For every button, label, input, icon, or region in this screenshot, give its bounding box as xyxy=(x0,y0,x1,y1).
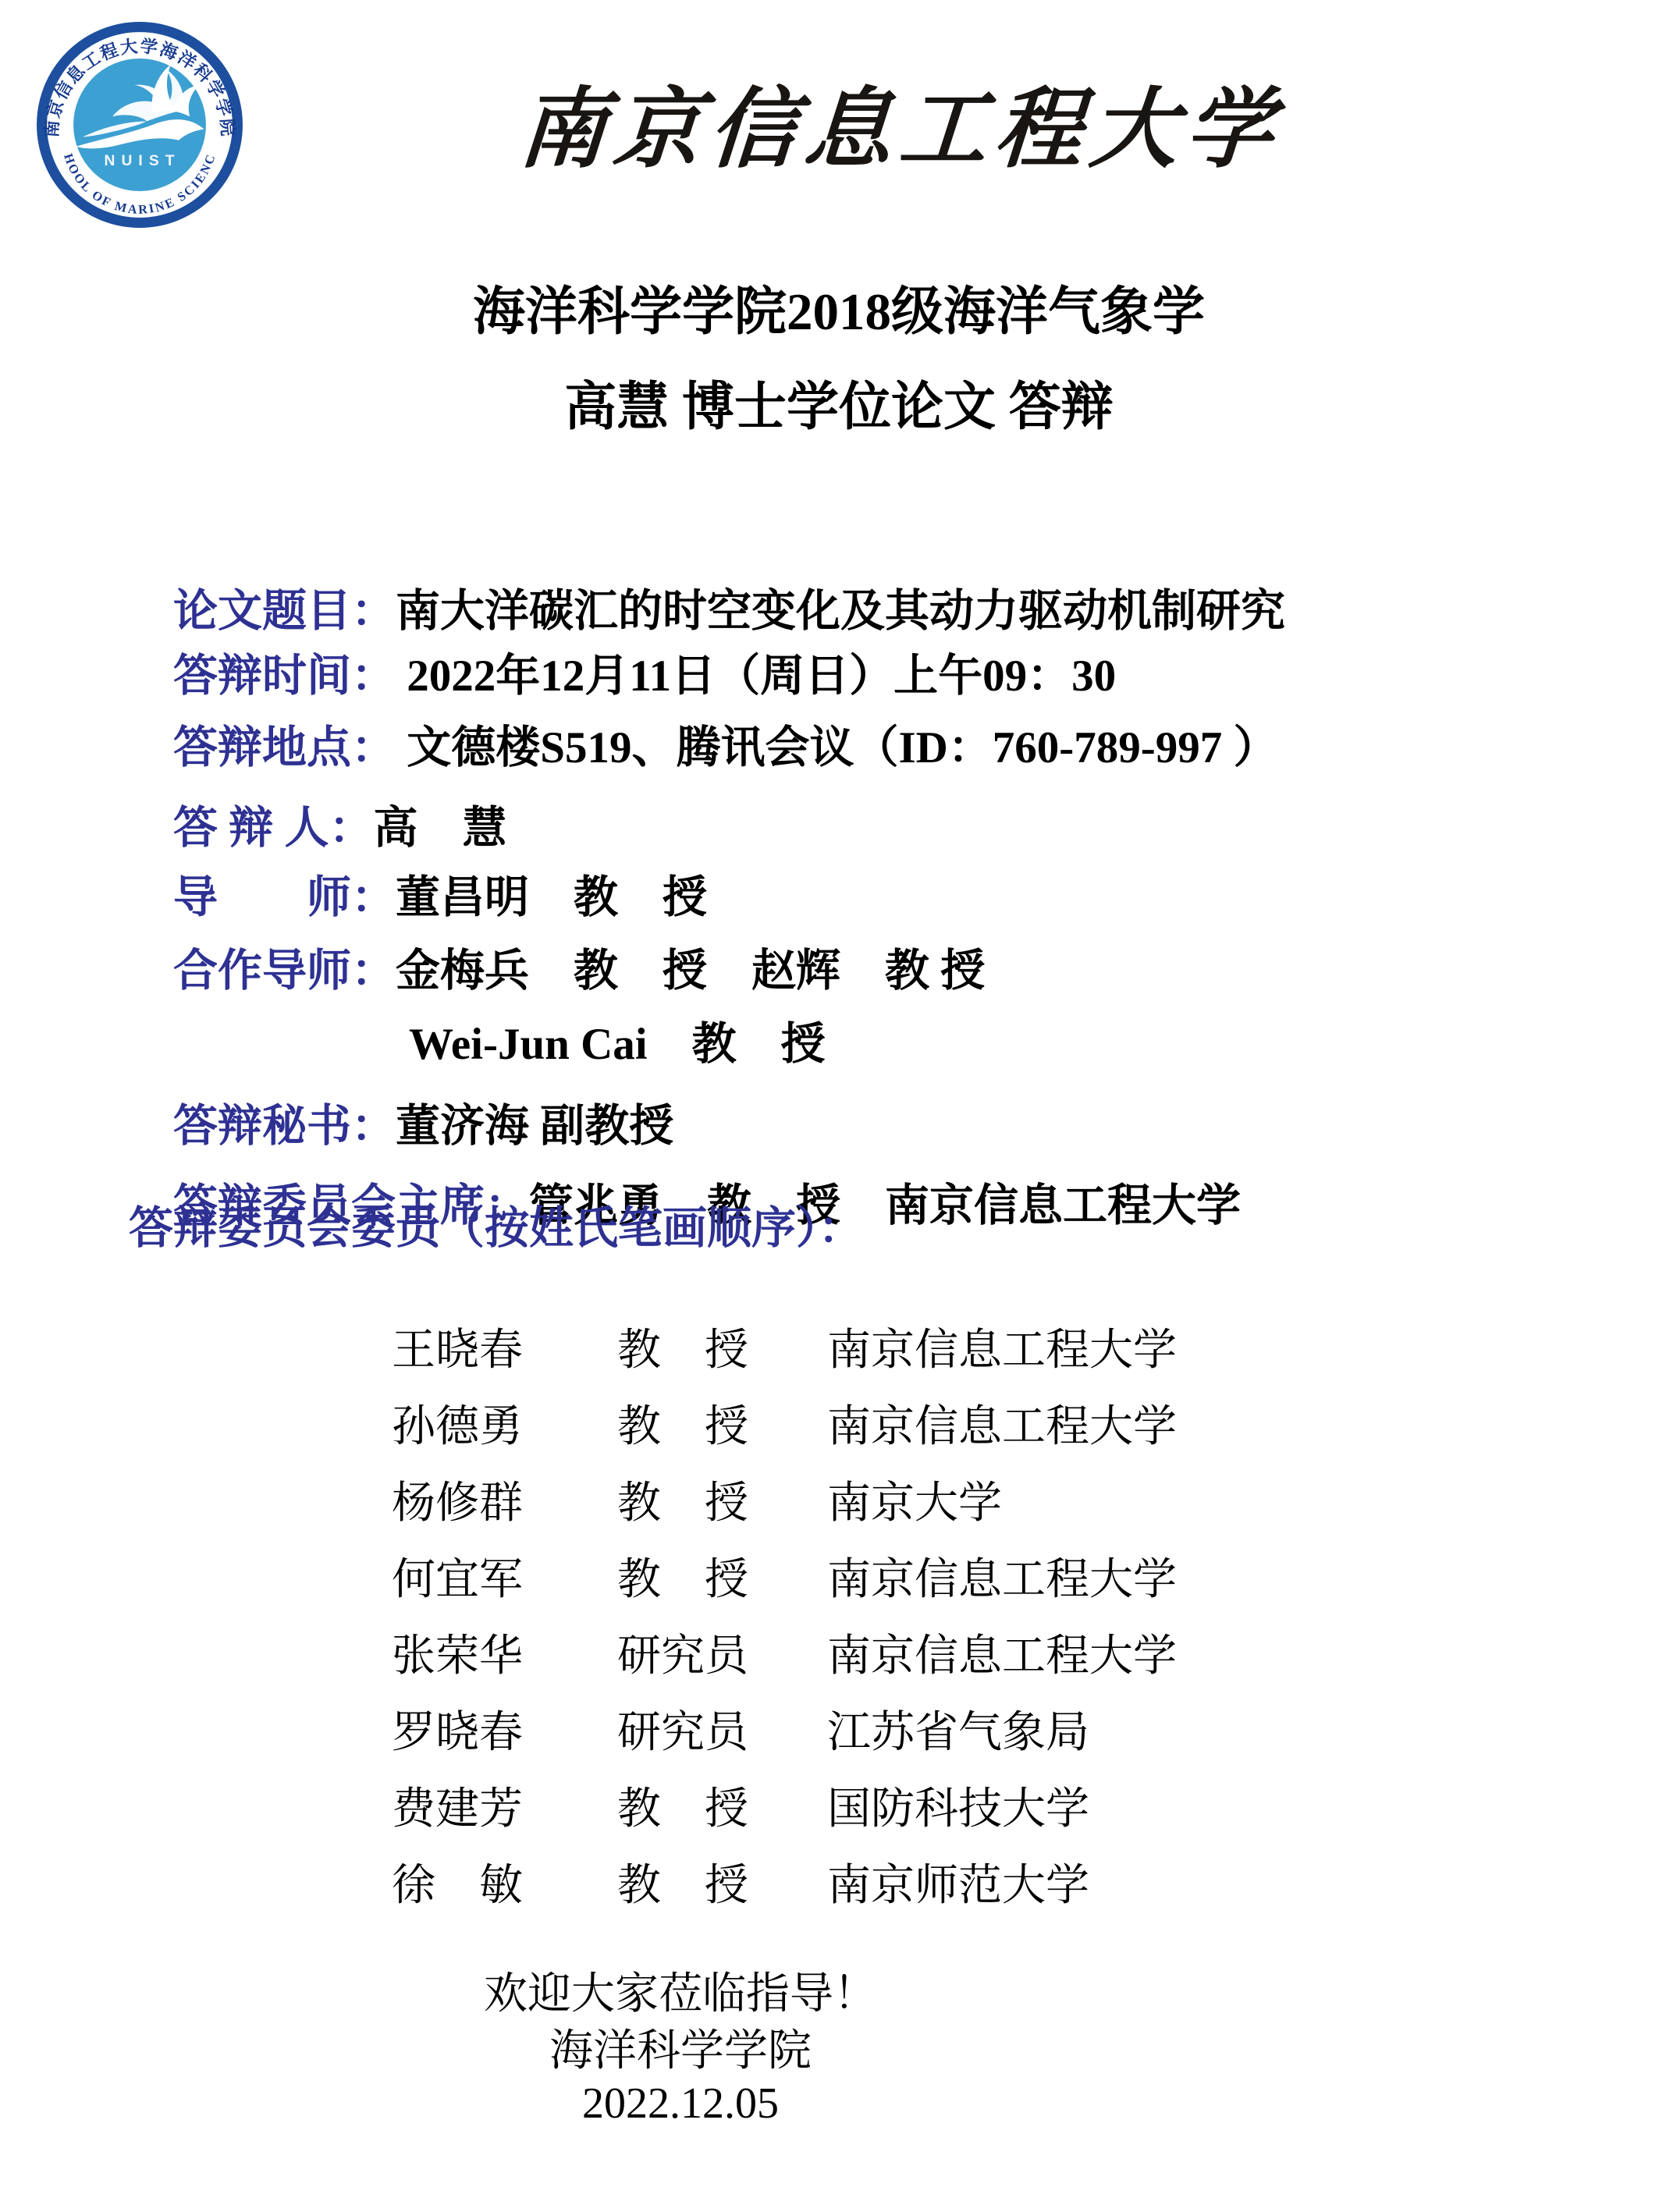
member-name: 徐 敏 xyxy=(392,1861,617,1911)
committee-members-heading: 答辩委员会委员（按姓氏笔画顺序）： xyxy=(129,1203,863,1255)
footer-welcome-line: 欢迎大家莅临指导！ xyxy=(212,1969,1149,2019)
field-label-co-supervisors: 合作导师： xyxy=(173,946,396,996)
field-value-defense-location: 文德楼S519、腾讯会议（ID：760-789-997 ） xyxy=(396,723,1278,772)
announcement-title-line2: 高慧 博士学位论文 答辩 xyxy=(9,378,1659,438)
thesis-defense-announcement: 南京信息工程大学海洋科学学院 SCHOOL OF MARINE SCIENCES… xyxy=(0,0,1659,2212)
footer-date: 2022.12.05 xyxy=(212,2079,1149,2129)
university-calligraphy-title: 南京信息工程大学 xyxy=(66,78,1659,183)
committee-member-row: 徐 敏教 授南京师范大学 xyxy=(348,1811,1089,1962)
member-title: 教 授 xyxy=(617,1861,827,1911)
footer-school-name: 海洋科学学院 xyxy=(212,2026,1149,2076)
announcement-title-line1: 海洋科学学院2018级海洋气象学 xyxy=(9,282,1659,343)
member-affiliation: 南京师范大学 xyxy=(827,1862,1089,1910)
